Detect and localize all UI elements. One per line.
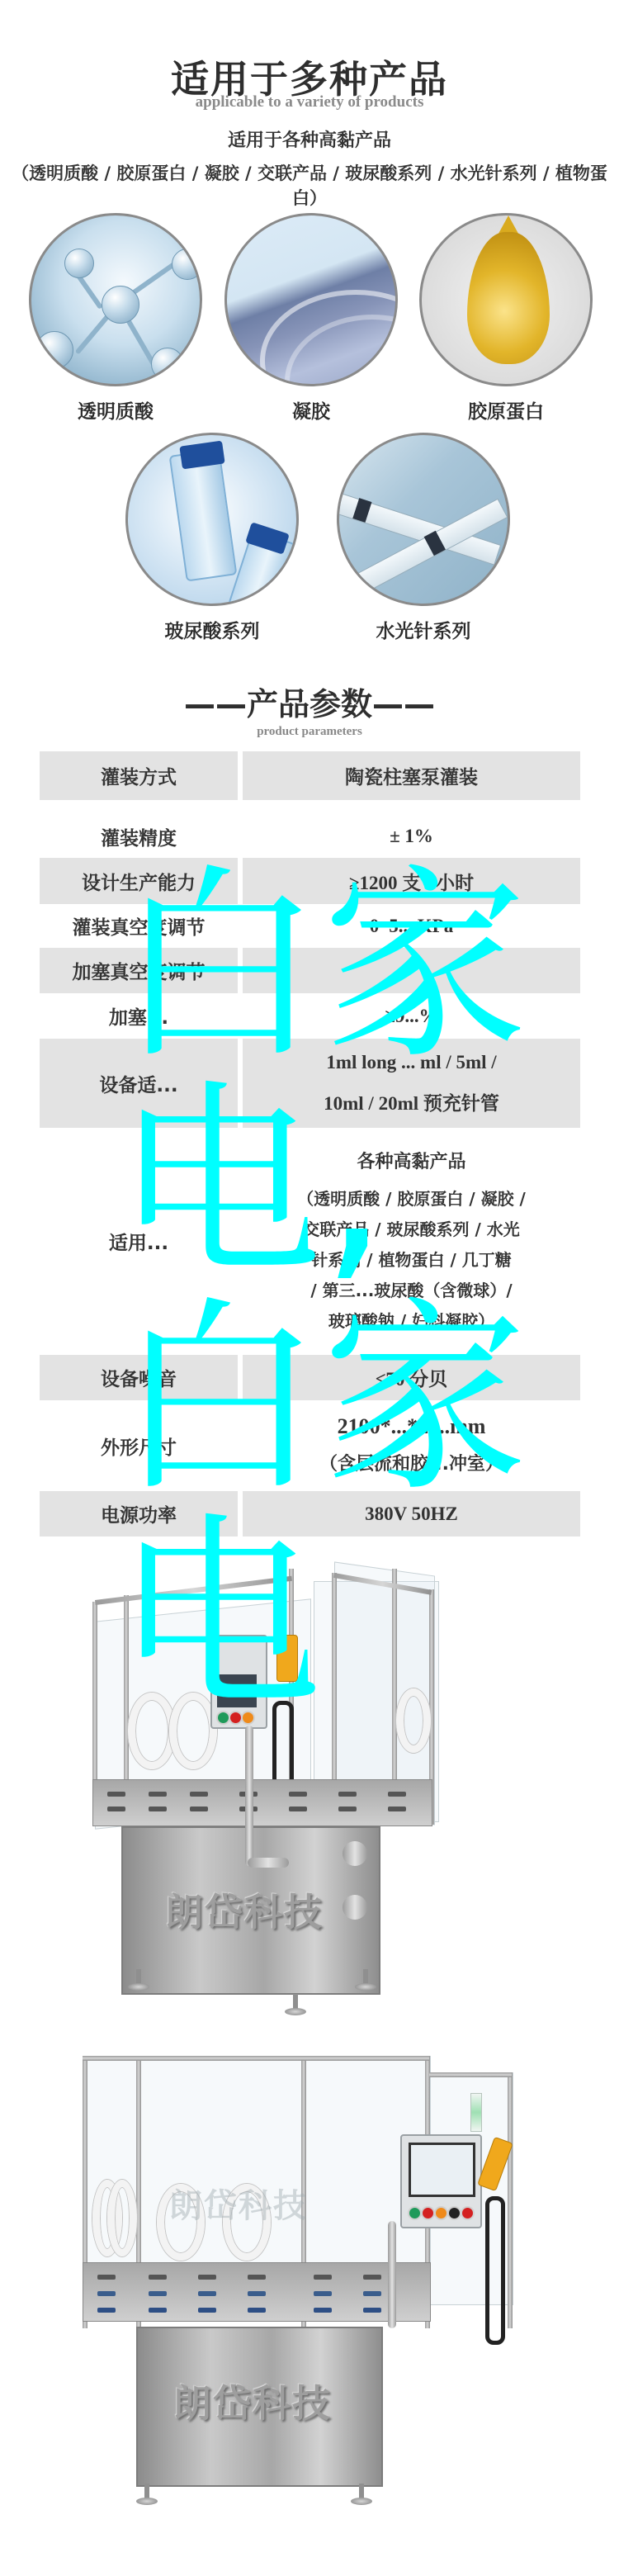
filling-machine-front-image: 朗岱科技 朗岱科技 [83, 2056, 512, 2518]
product-label: 凝胶 [220, 396, 402, 424]
param-name: 设备适... [40, 1039, 238, 1128]
product-label: 水光针系列 [333, 616, 514, 643]
table-row: 设备噪音 ≤70 分贝 [40, 1355, 580, 1400]
product-list: （透明质酸 / 胶原蛋白 / 凝胶 / 交联产品 / 玻尿酸系列 / 水光针系列… [0, 160, 619, 210]
param-value: 1ml long ... ml / 5ml / 10ml / 20ml 预充针管 [243, 1039, 580, 1128]
param-name: 设计生产能力 [40, 858, 238, 904]
param-value: ≥1200 支 / 小时 [243, 858, 580, 904]
product-label: 胶原蛋白 [415, 396, 597, 424]
table-row: 设计生产能力 ≥1200 支 / 小时 [40, 858, 580, 904]
param-name: 设备噪音 [40, 1355, 238, 1400]
filling-machine-angled-image: 朗岱科技 [41, 1569, 578, 1998]
table-row: 电源功率 380V 50HZ [40, 1491, 580, 1537]
param-value: 陶瓷柱塞泵灌装 [243, 751, 580, 800]
tagline: 适用于各种高黏产品 [0, 126, 619, 152]
brand-watermark: 朗岱科技 [173, 2374, 332, 2428]
param-name: 加塞真空度调节 [40, 948, 238, 993]
table-row: 适用... 各种高黏产品 （透明质酸 / 胶原蛋白 / 凝胶 / 交联产品 / … [40, 1128, 580, 1355]
param-name: 灌装真空度调节 [40, 904, 238, 948]
product-label: 透明质酸 [25, 396, 206, 424]
param-name: 电源功率 [40, 1491, 238, 1537]
brand-watermark: 朗岱科技 [165, 1882, 324, 1937]
param-value: 各种高黏产品 （透明质酸 / 胶原蛋白 / 凝胶 / 交联产品 / 玻尿酸系列 … [243, 1128, 580, 1355]
table-row: 灌装真空度调节 0~5... KPa [40, 904, 580, 948]
param-value: 2100*...*26..mm （含层流和胶...冲室） [243, 1400, 580, 1491]
param-value: ≥9...% [243, 993, 580, 1039]
brand-watermark-faint: 朗岱科技 [169, 2180, 308, 2227]
param-value: 380V 50HZ [243, 1491, 580, 1537]
param-name: 加塞... [40, 993, 238, 1039]
vial-image [125, 433, 299, 606]
gel-image [224, 213, 398, 386]
param-name: 灌装精度 [40, 817, 238, 856]
table-row: 灌装精度 ± 1% [40, 817, 580, 856]
params-title: ——产品参数—— [0, 679, 619, 724]
section-subtitle: applicable to a variety of products [0, 93, 619, 111]
param-value: ≤70 分贝 [243, 1355, 580, 1400]
param-value [243, 948, 580, 993]
syringe-image [337, 433, 510, 606]
param-name: 灌装方式 [40, 751, 238, 800]
table-row: 设备适... 1ml long ... ml / 5ml / 10ml / 20… [40, 1039, 580, 1128]
param-value: 0~5... KPa [243, 904, 580, 948]
table-row: 灌装方式 陶瓷柱塞泵灌装 [40, 751, 580, 800]
golden-drop-image [419, 213, 593, 386]
molecule-image [29, 213, 202, 386]
product-label: 玻尿酸系列 [121, 616, 303, 643]
param-name: 外形尺寸 [40, 1400, 238, 1491]
table-row: 加塞真空度调节 [40, 948, 580, 993]
param-name: 适用... [40, 1128, 238, 1355]
param-value: ± 1% [243, 817, 580, 856]
params-subtitle: product parameters [0, 725, 619, 739]
table-row: 外形尺寸 2100*...*26..mm （含层流和胶...冲室） [40, 1400, 580, 1491]
table-row: 加塞... ≥9...% [40, 993, 580, 1039]
params-table: 灌装方式 陶瓷柱塞泵灌装 灌装精度 ± 1% 设计生产能力 ≥1200 支 / … [40, 751, 580, 1537]
